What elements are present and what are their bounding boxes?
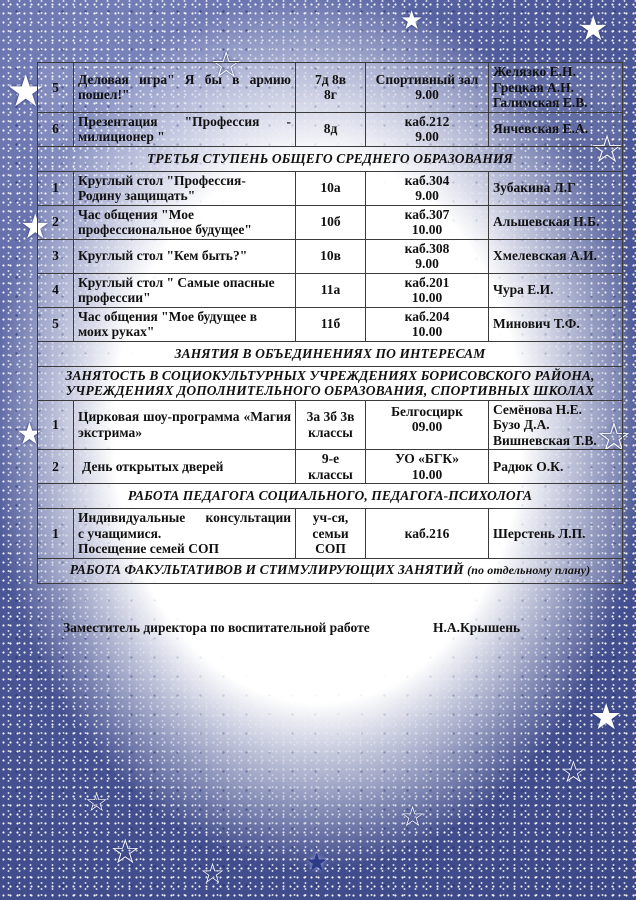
place-text: Белгосцирк [391, 404, 463, 419]
signature-position: Заместитель директора по воспитательной … [63, 620, 370, 635]
event-cell: Час общения "Мое будущее вмоих руках" [74, 307, 296, 341]
class-cell: 3а 3б 3вклассы [296, 400, 366, 450]
place-text: каб.212 [405, 114, 450, 129]
place-cell: каб.20110.00 [366, 273, 489, 307]
responsible-name: Желязко Е.Н. [493, 64, 576, 79]
row-number: 5 [38, 63, 74, 113]
class-cell: 11а [296, 273, 366, 307]
event-cell: Круглый стол "Профессия-Родину защищать" [74, 171, 296, 205]
class-cell: 11б [296, 307, 366, 341]
class-cell: уч-ся,семьиСОП [296, 509, 366, 559]
place-cell: УО «БГК»10.00 [366, 450, 489, 484]
event-text: моих руках" [78, 324, 154, 339]
class-text: 7д 8в [315, 72, 346, 87]
place-cell: Белгосцирк09.00 [366, 400, 489, 450]
responsible-cell: Чура Е.И. [489, 273, 623, 307]
responsible-cell: Минович Т.Ф. [489, 307, 623, 341]
section-header-row: ТРЕТЬЯ СТУПЕНЬ ОБЩЕГО СРЕДНЕГО ОБРАЗОВАН… [38, 146, 623, 171]
class-cell: 9-еклассы [296, 450, 366, 484]
class-text: 9-е [322, 451, 339, 466]
place-cell: каб.20410.00 [366, 307, 489, 341]
section-header-row: РАБОТА ПЕДАГОГА СОЦИАЛЬНОГО, ПЕДАГОГА-ПС… [38, 484, 623, 509]
event-cell: Круглый стол " Самые опасныепрофессии" [74, 273, 296, 307]
event-text: Родину защищать" [78, 188, 195, 203]
section-title: ТРЕТЬЯ СТУПЕНЬ ОБЩЕГО СРЕДНЕГО ОБРАЗОВАН… [38, 146, 623, 171]
row-number: 2 [38, 450, 74, 484]
row-number: 1 [38, 509, 74, 559]
events-plan-table: 5 Деловая игра" Я бы в армию пошел!" 7д … [37, 62, 623, 584]
class-text: семьи [312, 526, 348, 541]
place-text: каб.307 [405, 207, 450, 222]
event-cell: День открытых дверей [74, 450, 296, 484]
table-row: 5 Деловая игра" Я бы в армию пошел!" 7д … [38, 63, 623, 113]
time-text: 09.00 [412, 419, 442, 434]
star-icon: ★ [578, 12, 608, 46]
responsible-cell: Янчевская Е.А. [489, 112, 623, 146]
event-cell: Круглый стол "Кем быть?" [74, 239, 296, 273]
signature-block: Заместитель директора по воспитательной … [63, 620, 583, 636]
place-text: каб.304 [405, 173, 450, 188]
table-row: 1 Индивидуальные консультациис учащимися… [38, 509, 623, 559]
responsible-cell: Шерстень Л.П. [489, 509, 623, 559]
responsible-name: Грецкая А.Н. [493, 80, 574, 95]
time-text: 9.00 [415, 87, 439, 102]
responsible-cell: Семёнова Н.Е.Бузо Д.А.Вишневская Т.В. [489, 400, 623, 450]
table-row: 5 Час общения "Мое будущее вмоих руках" … [38, 307, 623, 341]
event-text: Круглый стол "Профессия- [78, 173, 246, 188]
class-cell: 10а [296, 171, 366, 205]
responsible-cell: Хмелевская А.И. [489, 239, 623, 273]
class-text: 8г [324, 87, 337, 102]
table-row: 2 День открытых дверей 9-еклассы УО «БГК… [38, 450, 623, 484]
responsible-name: Галимская Е.В. [493, 95, 588, 110]
section-title-line: УЧРЕЖДЕНИЯХ ДОПОЛНИТЕЛЬНОГО ОБРАЗОВАНИЯ,… [66, 383, 594, 398]
responsible-name: Вишневская Т.В. [493, 433, 597, 448]
table-row: 4 Круглый стол " Самые опасныепрофессии"… [38, 273, 623, 307]
section-title-line: ЗАНЯТОСТЬ В СОЦИОКУЛЬТУРНЫХ УЧРЕЖДЕНИЯХ … [65, 368, 594, 383]
section-title-text: РАБОТА ФАКУЛЬТАТИВОВ И СТИМУЛИРУЮЩИХ ЗАН… [70, 562, 464, 577]
class-text: классы [308, 467, 353, 482]
class-cell: 10в [296, 239, 366, 273]
star-outline-icon: ☆ [110, 835, 140, 869]
place-cell: Спортивный зал9.00 [366, 63, 489, 113]
event-cell: Час общения "Моепрофессиональное будущее… [74, 205, 296, 239]
event-cell: Цирковая шоу-программа «Магия экстрима» [74, 400, 296, 450]
class-text: СОП [315, 541, 346, 556]
row-number: 6 [38, 112, 74, 146]
event-text: профессии" [78, 290, 151, 305]
star-icon: ★ [590, 700, 622, 736]
row-number: 1 [38, 400, 74, 450]
section-header-row: ЗАНЯТИЯ В ОБЪЕДИНЕНИЯХ ПО ИНТЕРЕСАМ [38, 341, 623, 366]
class-text: уч-ся, [313, 510, 349, 525]
event-cell: Индивидуальные консультациис учащимися.П… [74, 509, 296, 559]
time-text: 10.00 [412, 290, 442, 305]
event-text: Круглый стол " Самые опасные [78, 275, 275, 290]
section-note: (по отдельному плану) [467, 563, 590, 577]
responsible-cell: Радюк О.К. [489, 450, 623, 484]
section-title: ЗАНЯТОСТЬ В СОЦИОКУЛЬТУРНЫХ УЧРЕЖДЕНИЯХ … [38, 366, 623, 400]
time-text: 9.00 [415, 256, 439, 271]
row-number: 4 [38, 273, 74, 307]
event-text: Посещение семей СОП [78, 541, 291, 557]
place-cell: каб.3049.00 [366, 171, 489, 205]
event-text: Час общения "Мое будущее в [78, 309, 257, 324]
table-row: 1 Круглый стол "Профессия-Родину защищат… [38, 171, 623, 205]
table-row: 3 Круглый стол "Кем быть?" 10в каб.3089.… [38, 239, 623, 273]
class-text: классы [308, 425, 353, 440]
class-cell: 7д 8в8г [296, 63, 366, 113]
star-outline-icon: ☆ [400, 803, 425, 831]
responsible-name: Бузо Д.А. [493, 417, 550, 432]
section-title: РАБОТА ПЕДАГОГА СОЦИАЛЬНОГО, ПЕДАГОГА-ПС… [38, 484, 623, 509]
event-cell: Деловая игра" Я бы в армию пошел!" [74, 63, 296, 113]
time-text: 10.00 [412, 222, 442, 237]
event-text: профессиональное будущее" [78, 222, 252, 237]
table-row: 2 Час общения "Моепрофессиональное будущ… [38, 205, 623, 239]
star-icon: ★ [305, 850, 328, 876]
event-cell: Презентация "Профессия - милиционер " [74, 112, 296, 146]
signature-name: Н.А.Крышень [433, 620, 520, 636]
star-outline-icon: ☆ [200, 860, 225, 888]
place-text: каб.201 [405, 275, 450, 290]
star-outline-icon: ☆ [85, 790, 108, 816]
responsible-cell: Желязко Е.Н.Грецкая А.Н.Галимская Е.В. [489, 63, 623, 113]
table-row: 6 Презентация "Профессия - милиционер " … [38, 112, 623, 146]
responsible-name: Семёнова Н.Е. [493, 402, 582, 417]
time-text: 9.00 [415, 188, 439, 203]
section-title: ЗАНЯТИЯ В ОБЪЕДИНЕНИЯХ ПО ИНТЕРЕСАМ [38, 341, 623, 366]
place-cell: каб.2129.00 [366, 112, 489, 146]
section-title: РАБОТА ФАКУЛЬТАТИВОВ И СТИМУЛИРУЮЩИХ ЗАН… [38, 558, 623, 583]
responsible-cell: Альшевская Н.Б. [489, 205, 623, 239]
place-cell: каб.216 [366, 509, 489, 559]
event-text: Цирковая шоу-программа «Магия экстрима» [78, 409, 291, 440]
time-text: 10.00 [412, 324, 442, 339]
row-number: 2 [38, 205, 74, 239]
event-text: Час общения "Мое [78, 207, 194, 222]
row-number: 3 [38, 239, 74, 273]
event-text: с учащимися. [78, 526, 291, 542]
row-number: 5 [38, 307, 74, 341]
event-text: Индивидуальные консультации [78, 510, 291, 526]
table-row: 1 Цирковая шоу-программа «Магия экстрима… [38, 400, 623, 450]
section-header-row: ЗАНЯТОСТЬ В СОЦИОКУЛЬТУРНЫХ УЧРЕЖДЕНИЯХ … [38, 366, 623, 400]
class-cell: 10б [296, 205, 366, 239]
place-text: каб.308 [405, 241, 450, 256]
place-cell: каб.3089.00 [366, 239, 489, 273]
star-outline-icon: ☆ [560, 758, 587, 788]
time-text: 9.00 [415, 129, 439, 144]
class-text: 3а 3б 3в [307, 409, 355, 424]
time-text: 10.00 [412, 467, 442, 482]
star-icon: ★ [400, 8, 423, 34]
row-number: 1 [38, 171, 74, 205]
class-cell: 8д [296, 112, 366, 146]
place-cell: каб.30710.00 [366, 205, 489, 239]
section-header-row: РАБОТА ФАКУЛЬТАТИВОВ И СТИМУЛИРУЮЩИХ ЗАН… [38, 558, 623, 583]
place-text: УО «БГК» [395, 451, 459, 466]
responsible-cell: Зубакина Л.Г [489, 171, 623, 205]
place-text: Спортивный зал [376, 72, 479, 87]
place-text: каб.204 [405, 309, 450, 324]
